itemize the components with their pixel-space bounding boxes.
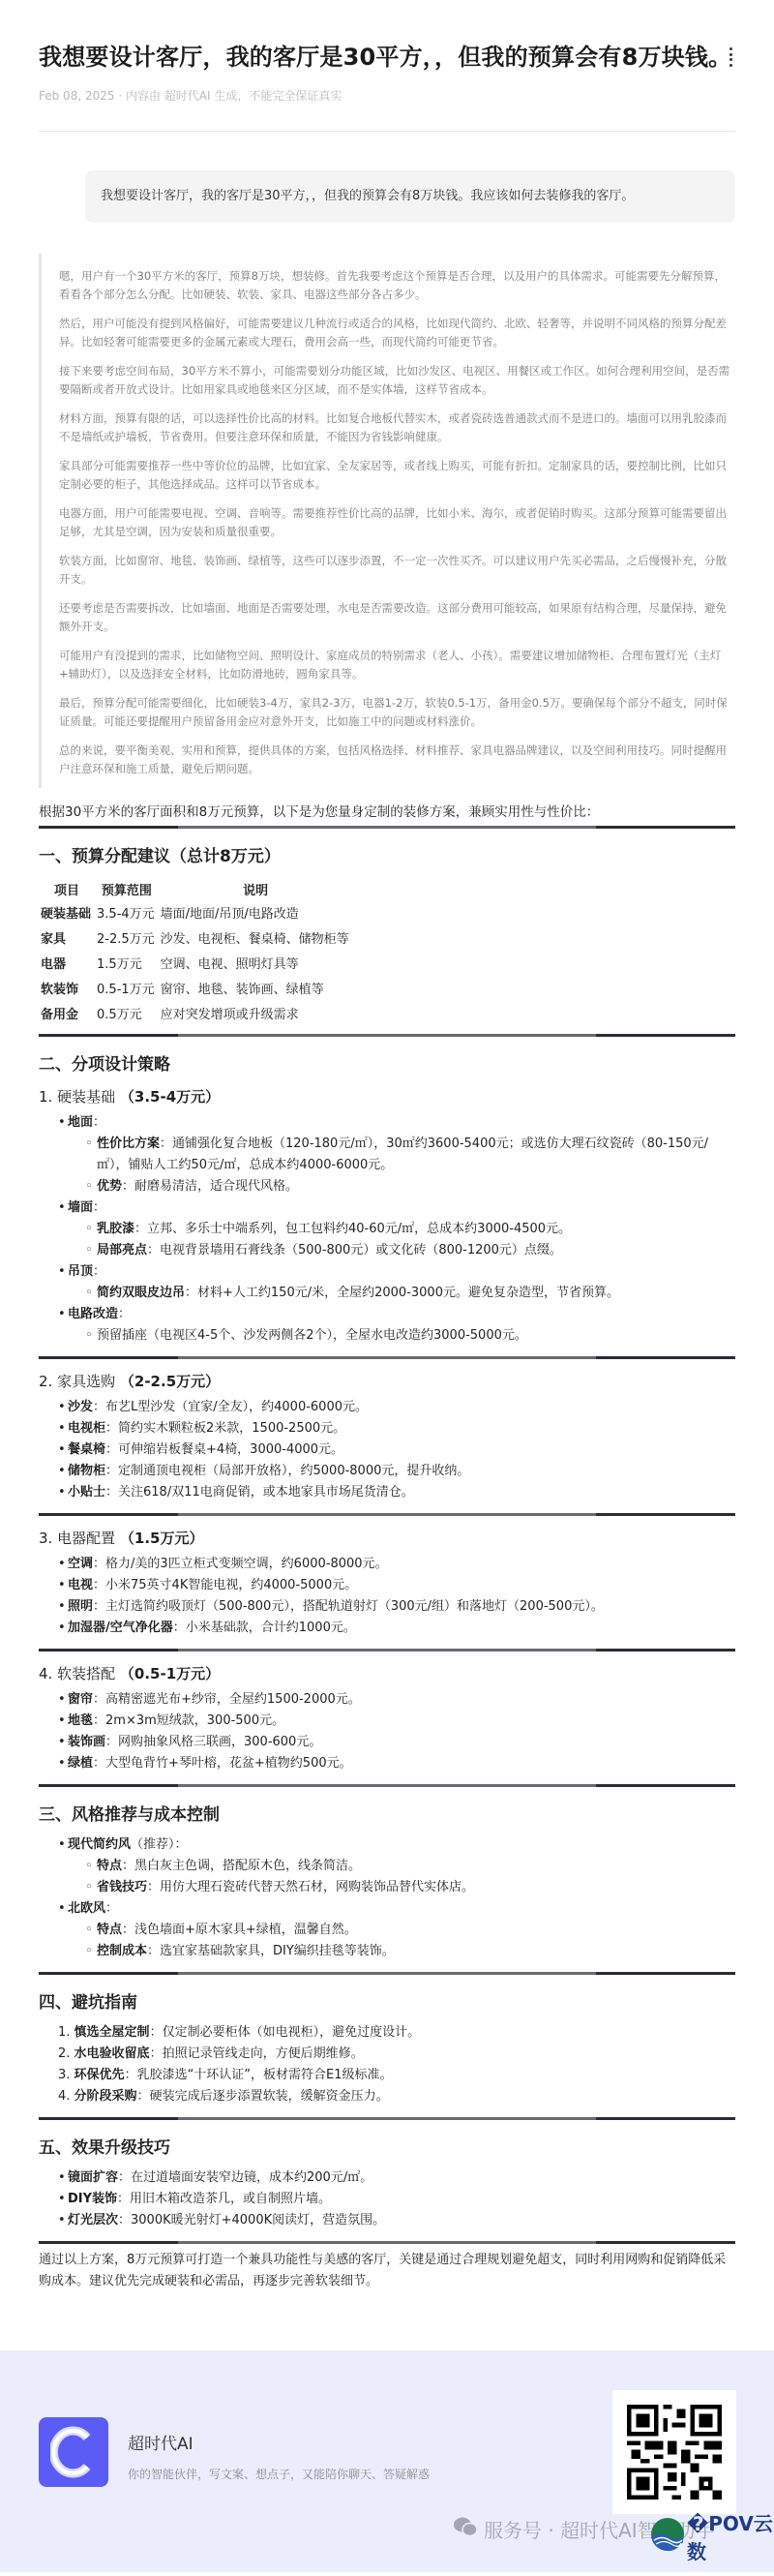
section-divider bbox=[39, 2241, 735, 2244]
sub-list-item: 乳胶漆：立邦、多乐士中端系列，包工包料约40-60元/㎡，总成本约3000-45… bbox=[85, 1219, 735, 1240]
section-divider bbox=[39, 1513, 735, 1516]
subsection-heading: 4. 软装搭配 （0.5-1万元） bbox=[39, 1663, 735, 1683]
section-divider bbox=[39, 1784, 735, 1787]
sub-list-item: 特点：黑白灰主色调，搭配原木色，线条简洁。 bbox=[85, 1856, 735, 1877]
upgrade-tips: 镜面扩容：在过道墙面安装窄边镜，成本约200元/㎡。 DIY装饰：用旧木箱改造茶… bbox=[39, 2167, 735, 2241]
reasoning-paragraph: 家具部分可能需要推荐一些中等价位的品牌，比如宜家、全友家居等，或者线上购买，可能… bbox=[59, 457, 735, 494]
user-question-bubble: 我想要设计客厅，我的客厅是30平方，，但我的预算会有8万块钱。我应该如何去装修我… bbox=[85, 170, 735, 223]
reasoning-paragraph: 可能用户有没提到的需求，比如储物空间、照明设计、家庭成员的特别需求（老人、小孩）… bbox=[59, 647, 735, 683]
list-item: 电路改造： 预留插座（电视区4-5个、沙发两侧各2个），全屋水电改造约3000-… bbox=[58, 1304, 735, 1347]
answer-intro: 根据30平方米的客厅面积和8万元预算，以下是为您量身定制的装修方案，兼顾实用性与… bbox=[39, 802, 735, 826]
list-item: 沙发：布艺L型沙发（宜家/全友），约4000-6000元。 bbox=[58, 1397, 735, 1418]
more-vertical-icon[interactable] bbox=[726, 45, 735, 69]
list-item: 加湿器/空气净化器：小米基础款，合计约1000元。 bbox=[58, 1618, 735, 1639]
table-cell: 家具 bbox=[39, 927, 95, 953]
ordered-item: 2. 水电验收留底：拍照记录管线走向，方便后期维修。 bbox=[58, 2044, 735, 2065]
wechat-icon bbox=[453, 2516, 478, 2542]
section-heading: 五、效果升级技巧 bbox=[39, 2134, 735, 2158]
table-cell: 1.5万元 bbox=[95, 953, 159, 978]
section-heading: 一、预算分配建议（总计8万元） bbox=[39, 842, 735, 866]
answer-body: 根据30平方米的客厅面积和8万元预算，以下是为您量身定制的装修方案，兼顾实用性与… bbox=[39, 802, 735, 2292]
list-item: 空调：格力/美的3匹立柜式变频空调，约6000-8000元。 bbox=[58, 1554, 735, 1575]
list-item: 储物柜：定制通顶电视柜（局部开放格），约5000-8000元，提升收纳。 bbox=[58, 1461, 735, 1482]
ordered-item: 1. 慎选全屋定制：仅定制必要柜体（如电视柜），避免过度设计。 bbox=[58, 2022, 735, 2044]
list-item: DIY装饰：用旧木箱改造茶几，或自制照片墙。 bbox=[58, 2189, 735, 2210]
reasoning-paragraph: 接下来要考虑空间布局，30平方米不算小，可能需要划分功能区域，比如沙发区、电视区… bbox=[59, 362, 735, 399]
table-cell: 软装饰 bbox=[39, 978, 95, 1003]
subsection-heading: 3. 电器配置 （1.5万元） bbox=[39, 1528, 735, 1548]
divider bbox=[39, 131, 735, 132]
brand-name[interactable]: 超时代AI bbox=[128, 2430, 193, 2454]
section-heading: 四、避坑指南 bbox=[39, 1988, 735, 2013]
table-cell: 3.5-4万元 bbox=[95, 902, 159, 927]
table-cell: 窗帘、地毯、装饰画、绿植等 bbox=[159, 978, 353, 1003]
table-cell: 电器 bbox=[39, 953, 95, 978]
list-item: 镜面扩容：在过道墙面安装窄边镜，成本约200元/㎡。 bbox=[58, 2167, 735, 2189]
section-heading: 三、风格推荐与成本控制 bbox=[39, 1801, 735, 1825]
list-item: 地毯：2m×3m短绒款，300-500元。 bbox=[58, 1711, 735, 1732]
reasoning-paragraph: 还要考虑是否需要拆改，比如墙面、地面是否需要处理，水电是否需要改造。这部分费用可… bbox=[59, 599, 735, 636]
budget-table: 项目 预算范围 说明 硬装基础 3.5-4万元 墙面/地面/吊顶/电路改造 家具… bbox=[39, 876, 353, 1028]
table-header: 预算范围 bbox=[95, 876, 159, 902]
list-item: 装饰画：网购抽象风格三联画，300-600元。 bbox=[58, 1732, 735, 1753]
table-row: 电器 1.5万元 空调、电视、照明灯具等 bbox=[39, 953, 353, 978]
qr-code-icon bbox=[612, 2390, 736, 2514]
ordered-item: 4. 分阶段采购：硬装完成后逐步添置软装，缓解资金压力。 bbox=[58, 2086, 735, 2107]
table-cell: 0.5万元 bbox=[95, 1003, 159, 1028]
brand-logo-icon[interactable] bbox=[39, 2417, 108, 2487]
table-header-row: 项目 预算范围 说明 bbox=[39, 876, 353, 902]
table-row: 硬装基础 3.5-4万元 墙面/地面/吊顶/电路改造 bbox=[39, 902, 353, 927]
article-meta: Feb 08, 2025 · 内容由 超时代AI 生成，不能完全保证真实 bbox=[39, 87, 735, 104]
reasoning-paragraph: 然后，用户可能没有提到风格偏好，可能需要建议几种流行或适合的风格，比如现代简约、… bbox=[59, 315, 735, 351]
list-item: 电视柜：简约实木颗粒板2米款，1500-2500元。 bbox=[58, 1418, 735, 1440]
section-divider bbox=[39, 1972, 735, 1975]
reasoning-paragraph: 嗯，用户有一个30平方米的客厅，预算8万块，想装修。首先我要考虑这个预算是否合理… bbox=[59, 267, 735, 304]
list-item: 吊顶： 简约双眼皮边吊：材料+人工约150元/米，全屋约2000-3000元。避… bbox=[58, 1261, 735, 1304]
reasoning-paragraph: 软装方面，比如窗帘、地毯、装饰画、绿植等，这些可以逐步添置，不一定一次性买齐。可… bbox=[59, 552, 735, 589]
table-cell: 2-2.5万元 bbox=[95, 927, 159, 953]
sub-list-item: 简约双眼皮边吊：材料+人工约150元/米，全屋约2000-3000元。避免复杂造… bbox=[85, 1283, 735, 1304]
sub-list-item: 局部亮点：电视背景墙用石膏线条（500-800元）或文化砖（800-1200元）… bbox=[85, 1240, 735, 1261]
list-item: 电视：小米75英寸4K智能电视，约4000-5000元。 bbox=[58, 1575, 735, 1596]
article-page: 我想要设计客厅，我的客厅是30平方，，但我的预算会有8万块钱。 Feb 08, … bbox=[0, 0, 774, 2572]
table-row: 家具 2-2.5万元 沙发、电视柜、餐桌椅、储物柜等 bbox=[39, 927, 353, 953]
sub-list-item: 性价比方案：通铺强化复合地板（120-180元/㎡），30㎡约3600-5400… bbox=[85, 1134, 735, 1176]
reasoning-paragraph: 最后，预算分配可能需要细化，比如硬装3-4万，家具2-3万，电器1-2万，软装0… bbox=[59, 694, 735, 731]
brand-description: 你的智能伙伴，写文案、想点子，又能陪你聊天、答疑解惑 bbox=[128, 2466, 430, 2482]
page-title: 我想要设计客厅，我的客厅是30平方，，但我的预算会有8万块钱。 bbox=[39, 41, 726, 74]
table-row: 软装饰 0.5-1万元 窗帘、地毯、装饰画、绿植等 bbox=[39, 978, 353, 1003]
table-header: 说明 bbox=[159, 876, 353, 902]
table-row: 备用金 0.5万元 应对突发增项或升级需求 bbox=[39, 1003, 353, 1028]
list-item: 窗帘：高精密遮光布+纱帘，全屋约1500-2000元。 bbox=[58, 1689, 735, 1711]
list-item: 灯光层次：3000K暖光射灯+4000K阅读灯，营造氛围。 bbox=[58, 2210, 735, 2231]
sub-list-item: 控制成本：选宜家基础款家具，DIY编织挂毯等装饰。 bbox=[85, 1941, 735, 1962]
section-divider bbox=[39, 1034, 735, 1037]
table-cell: 沙发、电视柜、餐桌椅、储物柜等 bbox=[159, 927, 353, 953]
reasoning-paragraph: 材料方面，预算有限的话，可以选择性价比高的材料。比如复合地板代替实木，或者瓷砖选… bbox=[59, 409, 735, 446]
table-cell: 0.5-1万元 bbox=[95, 978, 159, 1003]
footer-card: 超时代AI 你的智能伙伴，写文案、想点子，又能陪你聊天、答疑解惑 bbox=[0, 2350, 774, 2572]
title-row: 我想要设计客厅，我的客厅是30平方，，但我的预算会有8万块钱。 bbox=[39, 0, 735, 74]
sub-list-item: 预留插座（电视区4-5个、沙发两侧各2个），全屋水电改造约3000-5000元。 bbox=[85, 1325, 735, 1347]
subsection-heading: 2. 家具选购 （2-2.5万元） bbox=[39, 1371, 735, 1391]
watermark-logo-icon bbox=[650, 2517, 685, 2556]
list-item: 餐桌椅：可伸缩岩板餐桌+4椅，3000-4000元。 bbox=[58, 1440, 735, 1461]
list-item: 现代简约风（推荐）： 特点：黑白灰主色调，搭配原木色，线条简洁。 省钱技巧：用仿… bbox=[58, 1834, 735, 1898]
sub-list-item: 特点：浅色墙面+原木家具+绿植，温馨自然。 bbox=[85, 1920, 735, 1941]
table-cell: 墙面/地面/吊顶/电路改造 bbox=[159, 902, 353, 927]
list-item: 照明：主灯选简约吸顶灯（500-800元），搭配轨道射灯（300元/组）和落地灯… bbox=[58, 1596, 735, 1618]
user-question-row: 我想要设计客厅，我的客厅是30平方，，但我的预算会有8万块钱。我应该如何去装修我… bbox=[39, 170, 735, 223]
section-heading: 二、分项设计策略 bbox=[39, 1050, 735, 1075]
section-divider bbox=[39, 1649, 735, 1652]
conclusion-paragraph: 通过以上方案，8万元预算可打造一个兼具功能性与美感的客厅，关键是通过合理规划避免… bbox=[39, 2250, 735, 2292]
section-divider bbox=[39, 826, 735, 829]
subsection-heading: 1. 硬装基础 （3.5-4万元） bbox=[39, 1086, 735, 1106]
section-divider bbox=[39, 1356, 735, 1359]
subsection-hard-decoration: 1. 硬装基础 （3.5-4万元） 地面： 性价比方案：通铺强化复合地板（120… bbox=[39, 1086, 735, 1356]
table-cell: 备用金 bbox=[39, 1003, 95, 1028]
table-cell: 硬装基础 bbox=[39, 902, 95, 927]
list-item: 绿植：大型龟背竹+琴叶榕，花盆+植物约500元。 bbox=[58, 1753, 735, 1774]
list-item: 地面： 性价比方案：通铺强化复合地板（120-180元/㎡），30㎡约3600-… bbox=[58, 1112, 735, 1197]
watermark: �POV云数 bbox=[650, 2508, 774, 2564]
subsection-soft-furnishing: 4. 软装搭配 （0.5-1万元） 窗帘：高精密遮光布+纱帘，全屋约1500-2… bbox=[39, 1663, 735, 1784]
reasoning-block: 嗯，用户有一个30平方米的客厅，预算8万块，想装修。首先我要考虑这个预算是否合理… bbox=[39, 254, 735, 788]
ordered-item: 3. 环保优先：乳胶漆选“十环认证”，板材需符合E1级标准。 bbox=[58, 2065, 735, 2086]
sub-list-item: 优势：耐磨易清洁，适合现代风格。 bbox=[85, 1176, 735, 1197]
pitfall-guide: 1. 慎选全屋定制：仅定制必要柜体（如电视柜），避免过度设计。 2. 水电验收留… bbox=[39, 2022, 735, 2117]
reasoning-paragraph: 电器方面，用户可能需要电视、空调、音响等。需要推荐性价比高的品牌，比如小米、海尔… bbox=[59, 504, 735, 541]
table-header: 项目 bbox=[39, 876, 95, 902]
reasoning-paragraph: 总的来说，要平衡美观、实用和预算，提供具体的方案，包括风格选择、材料推荐、家具电… bbox=[59, 742, 735, 778]
list-item: 北欧风： 特点：浅色墙面+原木家具+绿植，温馨自然。 控制成本：选宜家基础款家具… bbox=[58, 1898, 735, 1962]
subsection-furniture: 2. 家具选购 （2-2.5万元） 沙发：布艺L型沙发（宜家/全友），约4000… bbox=[39, 1371, 735, 1513]
list-item: 墙面： 乳胶漆：立邦、多乐士中端系列，包工包料约40-60元/㎡，总成本约300… bbox=[58, 1197, 735, 1261]
list-item: 小贴士：关注618/双11电商促销，或本地家具市场尾货清仓。 bbox=[58, 1482, 735, 1503]
table-cell: 应对突发增项或升级需求 bbox=[159, 1003, 353, 1028]
table-cell: 空调、电视、照明灯具等 bbox=[159, 953, 353, 978]
style-recommendations: 现代简约风（推荐）： 特点：黑白灰主色调，搭配原木色，线条简洁。 省钱技巧：用仿… bbox=[39, 1834, 735, 1972]
sub-list-item: 省钱技巧：用仿大理石瓷砖代替天然石材，网购装饰品替代实体店。 bbox=[85, 1877, 735, 1898]
subsection-appliances: 3. 电器配置 （1.5万元） 空调：格力/美的3匹立柜式变频空调，约6000-… bbox=[39, 1528, 735, 1649]
section-divider bbox=[39, 2117, 735, 2120]
